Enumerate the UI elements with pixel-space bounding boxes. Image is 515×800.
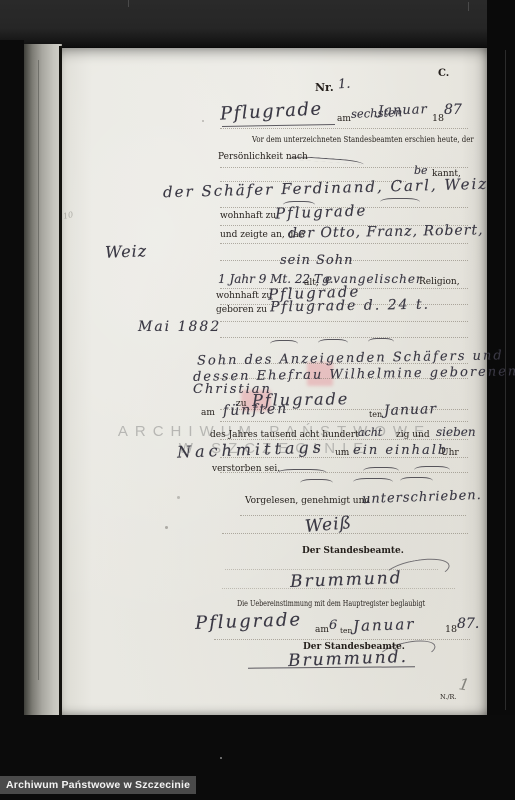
- registry-mark: N./R.: [440, 693, 457, 701]
- residence-value: Pflugrade: [275, 201, 368, 222]
- intro-line2: Persönlichkeit nach: [218, 152, 308, 162]
- hand-dash: [300, 479, 333, 483]
- death-am-label: am: [201, 408, 215, 418]
- record-number-value: 1.: [337, 77, 350, 93]
- death-year-printed2: zig und: [396, 430, 430, 440]
- registrar-signature2: Brummund.: [288, 647, 409, 671]
- hand-underline: [222, 124, 335, 127]
- hand-dash: [380, 198, 420, 202]
- hand-dash: [353, 478, 393, 482]
- film-top-band: [0, 0, 515, 47]
- residence2-label: wohnhaft zu: [216, 291, 272, 301]
- form-series-letter: C.: [438, 68, 449, 79]
- certify-place: Pflugrade: [195, 609, 303, 634]
- hand-dash: [277, 469, 327, 473]
- document-page: ARCHIWUM PAŃSTWOWE W SZCZECINIE C. Nr. 1…: [62, 48, 487, 715]
- dateline-am-label: am: [337, 114, 351, 124]
- intro-line1: Vor dem unterzeichneten Standesbeamten e…: [252, 135, 474, 145]
- certify-am-label: am: [315, 625, 329, 635]
- film-edge-line: [505, 50, 506, 710]
- paper-speck: [165, 526, 168, 529]
- deceased-surname: Weiz: [105, 241, 148, 261]
- certify-month: Januar: [353, 615, 416, 635]
- declarant-signature: Weiß: [304, 513, 353, 537]
- declarant-name: der Schäfer Ferdinand, Carl, Weiz: [163, 175, 489, 202]
- paper-speck: [202, 120, 204, 122]
- born-value: Pflugrade d. 24 t.: [270, 297, 430, 316]
- hand-dash: [414, 466, 450, 470]
- hand-dash: [318, 339, 348, 343]
- certify-ten-label: ten: [340, 626, 352, 635]
- death-time-hand2: ein einhalb: [353, 443, 448, 458]
- book-page-edge: [24, 44, 62, 726]
- residence-label: wohnhaft zu: [220, 211, 276, 221]
- pencil-page-number: 1: [457, 674, 470, 694]
- film-left-strip: [0, 40, 24, 730]
- certify-year-printed: 18: [445, 624, 457, 635]
- hand-dash: [363, 467, 399, 471]
- certify-line: Die Uebereinstimmung mit dem Hauptregist…: [237, 599, 425, 609]
- death-month: Januar: [384, 401, 438, 419]
- known-hand: be: [414, 164, 428, 177]
- dateline-year-hand: 87: [444, 102, 462, 118]
- dateline-year-printed: 18: [432, 113, 444, 124]
- registrar-title: Der Standesbeamte.: [302, 546, 404, 556]
- born-label: geboren zu: [216, 305, 267, 315]
- death-day: fünften: [223, 401, 289, 419]
- death-year-hand2: sieben: [436, 425, 476, 439]
- death-time-uhr: Uhr: [441, 448, 459, 458]
- film-frame-tick: [128, 0, 129, 7]
- hand-dash: [368, 338, 394, 342]
- relation: sein Sohn: [280, 253, 354, 268]
- archive-label-bar: Archiwum Państwowe w Szczecinie: [0, 776, 196, 794]
- dateline-month: Januar: [378, 102, 428, 119]
- death-ten-label: ten: [369, 410, 382, 419]
- attest-hand: unterschrieben.: [362, 488, 482, 507]
- paper-speck: [177, 496, 180, 499]
- film-scratch: [38, 60, 39, 680]
- born-value2: Mai 1882: [138, 319, 221, 335]
- death-year-hand1: acht: [358, 426, 382, 439]
- attest-printed: Vorgelesen, genehmigt und: [245, 496, 370, 506]
- dust-speck: [220, 757, 222, 759]
- film-right-strip: [487, 0, 515, 800]
- registrar-signature: Brummund: [290, 568, 403, 592]
- closing-printed: verstorben sei.: [212, 464, 280, 474]
- microfilm-frame: ARCHIWUM PAŃSTWOWE W SZCZECINIE C. Nr. 1…: [0, 0, 515, 800]
- certify-year-hand: 87.: [457, 616, 479, 632]
- dateline-place: Pflugrade: [220, 98, 324, 124]
- deceased-given-names: der Otto, Franz, Robert,: [288, 222, 484, 241]
- record-number-label: Nr.: [315, 81, 334, 94]
- certify-day: 6: [329, 618, 337, 633]
- hand-dash: [270, 340, 298, 344]
- hand-dash: [400, 477, 433, 481]
- religion-label: Religion,: [419, 277, 460, 287]
- archive-label-text: Archiwum Państwowe w Szczecinie: [6, 779, 190, 791]
- death-time-um: um: [335, 448, 349, 458]
- margin-pencil-mark: 10: [62, 210, 74, 221]
- film-frame-tick: [468, 2, 469, 11]
